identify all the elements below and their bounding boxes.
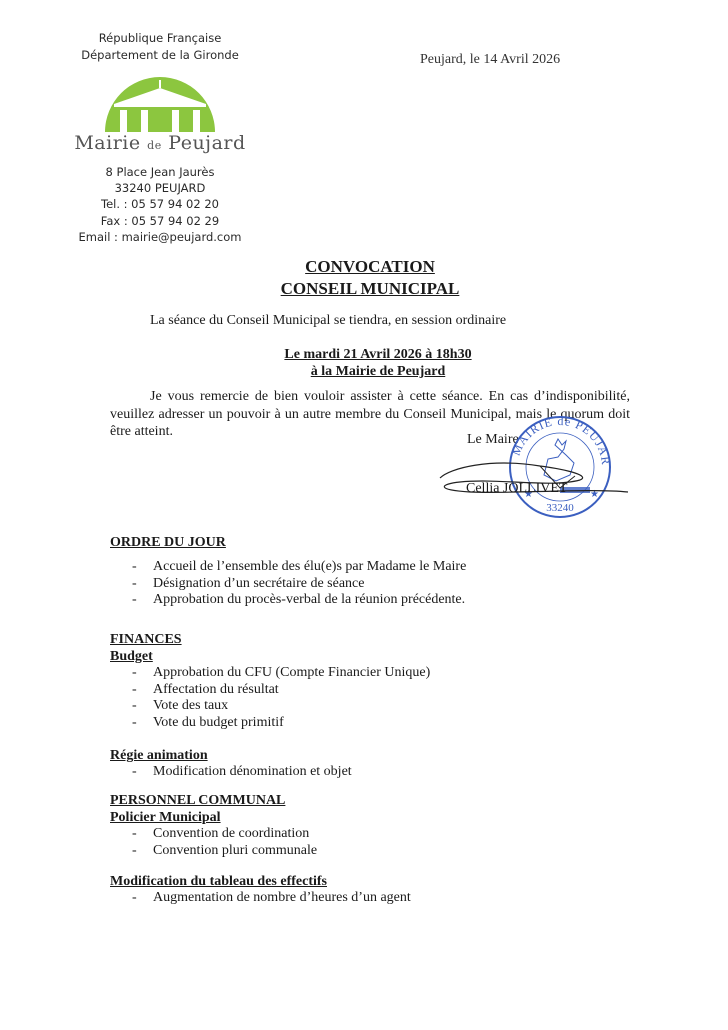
meeting-datetime: Le mardi 21 Avril 2026 à 18h30	[8, 346, 728, 363]
intro-text: La séance du Conseil Municipal se tiendr…	[150, 313, 506, 329]
subsection-heading: Régie animation	[110, 747, 430, 764]
date-line: Peujard, le 14 Avril 2026	[420, 52, 560, 68]
list-item: -Augmentation de nombre d’heures d’un ag…	[110, 890, 411, 907]
list-item: -Vote des taux	[110, 698, 430, 715]
address-block: 8 Place Jean Jaurès 33240 PEUJARD Tel. :…	[60, 164, 260, 245]
signatory-name: Cellia JOLLIVET	[466, 481, 567, 497]
section-heading: FINANCES	[110, 631, 430, 648]
list-item: -Approbation du CFU (Compte Financier Un…	[110, 665, 430, 682]
postal-city: 33240 PEUJARD	[60, 180, 260, 196]
budget-list: -Approbation du CFU (Compte Financier Un…	[110, 665, 430, 731]
list-item: -Convention de coordination	[110, 826, 411, 843]
policier-list: -Convention de coordination -Convention …	[110, 826, 411, 859]
ordre-list: -Accueil de l’ensemble des élu(e)s par M…	[110, 559, 466, 609]
list-item: -Convention pluri communale	[110, 843, 411, 860]
svg-text:33240: 33240	[546, 502, 574, 514]
mairie-name: Mairie de Peujard	[60, 132, 260, 154]
agenda-personnel: PERSONNEL COMMUNAL Policier Municipal -C…	[110, 792, 411, 907]
fax-number: Fax : 05 57 94 02 29	[60, 213, 260, 229]
agenda-ordre-du-jour: ORDRE DU JOUR -Accueil de l’ensemble des…	[110, 534, 466, 609]
section-heading: ORDRE DU JOUR	[110, 534, 466, 551]
republic-label: République Française	[60, 30, 260, 47]
phone-number: Tel. : 05 57 94 02 20	[60, 196, 260, 212]
list-item: -Vote du budget primitif	[110, 715, 430, 732]
document-subtitle: CONSEIL MUNICIPAL	[0, 278, 728, 300]
list-item: -Affectation du résultat	[110, 682, 430, 699]
subsection-heading: Budget	[110, 648, 430, 665]
department-label: Département de la Gironde	[60, 47, 260, 64]
list-item: -Modification dénomination et objet	[110, 764, 430, 781]
subsection-heading: Policier Municipal	[110, 809, 411, 826]
letterhead: République Française Département de la G…	[60, 30, 260, 64]
section-heading: PERSONNEL COMMUNAL	[110, 792, 411, 809]
meeting-location: à la Mairie de Peujard	[8, 363, 728, 380]
list-item: -Désignation d’un secrétaire de séance	[110, 576, 466, 593]
document-title: CONVOCATION	[0, 256, 728, 278]
list-item: -Approbation du procès-verbal de la réun…	[110, 592, 466, 609]
regie-list: -Modification dénomination et objet	[110, 764, 430, 781]
subsection-heading: Modification du tableau des effectifs	[110, 873, 411, 890]
agenda-finances: FINANCES Budget -Approbation du CFU (Com…	[110, 631, 430, 781]
list-item: -Accueil de l’ensemble des élu(e)s par M…	[110, 559, 466, 576]
tableau-list: -Augmentation de nombre d’heures d’un ag…	[110, 890, 411, 907]
email-address: Email : mairie@peujard.com	[60, 229, 260, 245]
town-hall-logo-icon	[100, 70, 220, 132]
street-address: 8 Place Jean Jaurès	[60, 164, 260, 180]
